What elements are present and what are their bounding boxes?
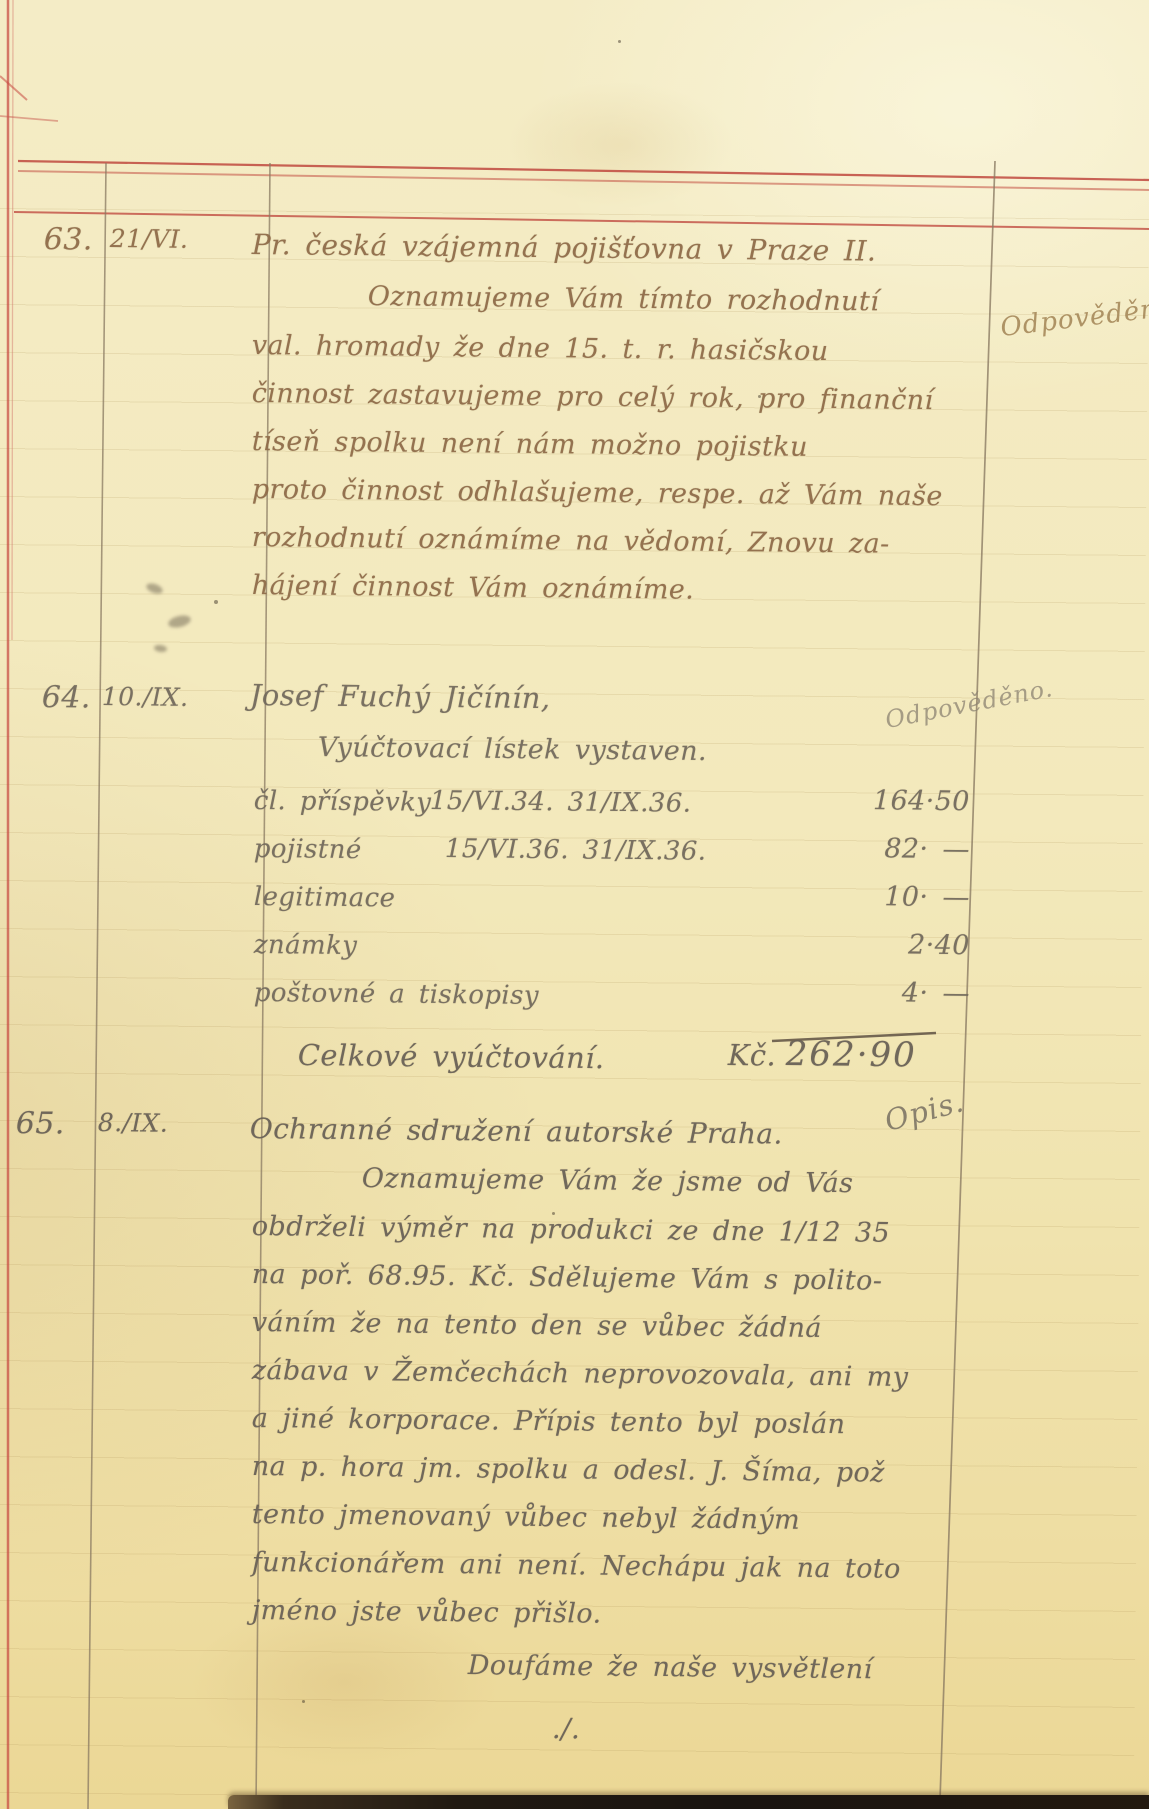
item-label: známky: [254, 930, 358, 961]
entry-date: 8./IX.: [98, 1108, 169, 1138]
item-label: legitimace: [254, 882, 396, 913]
entry-63-line: Oznamujeme Vám tímto rozhodnutí: [368, 281, 880, 317]
entry-63-line: val. hromady že dne 15. t. r. hasičskou: [252, 330, 829, 367]
entry-63-line: tíseň spolku není nám možno pojistku: [252, 426, 808, 463]
total-label: Celkové vyúčtování.: [298, 1038, 605, 1075]
item-dates: 15/VI.36. 31/IX.36.: [445, 834, 707, 867]
ledger-page-scan: 63. 21/VI. Pr. česká vzájemná pojišťovna…: [0, 0, 1149, 1809]
entry-64-addressee: Josef Fuchý Jičínín,: [250, 678, 551, 715]
entry-65-line: tento jmenovaný vůbec nebyl žádným: [252, 1499, 801, 1536]
entry-65-line: Oznamujeme Vám že jsme od Vás: [362, 1163, 854, 1199]
entry-number: 64.: [42, 680, 91, 716]
item-amount: 4· —: [760, 976, 970, 1009]
paper-speck: [618, 40, 621, 43]
entry-65-line: váním že na tento den se vůbec žádná: [252, 1307, 822, 1344]
item-amount: 164·50: [760, 784, 970, 817]
entry-63-heading: Pr. česká vzájemná pojišťovna v Praze II…: [252, 228, 877, 268]
entry-number: 65.: [16, 1106, 65, 1142]
item-label: čl. příspěvky: [254, 786, 432, 818]
item-amount: 10· —: [760, 880, 970, 913]
entry-65-line: jméno jste vůbec přišlo.: [252, 1595, 602, 1630]
item-dates: 15/VI.34. 31/IX.36.: [430, 786, 692, 819]
item-label: poštovné a tiskopisy: [254, 978, 539, 1011]
entry-number: 63.: [44, 222, 93, 258]
entry-65-line: na poř. 68.95. Kč. Sdělujeme Vám s polit…: [252, 1259, 883, 1297]
entry-65-line: Doufáme že naše vysvětlení: [468, 1650, 873, 1685]
item-amount: 82· —: [760, 832, 970, 865]
red-header-rule-2: [18, 171, 1149, 190]
total-amount: 262·90: [786, 1034, 917, 1075]
entry-date: 21/VI.: [110, 224, 189, 254]
total-currency: Kč.: [728, 1038, 777, 1073]
red-margin-line-2: [12, 0, 13, 640]
rule-lines-layer: [0, 0, 1149, 1809]
item-label: pojistné: [254, 834, 362, 865]
entry-65-heading: Ochranné sdružení autorské Praha.: [250, 1112, 783, 1151]
entry-64-subheading: Vyúčtovací lístek vystaven.: [318, 732, 707, 767]
paper-speck: [302, 1700, 305, 1703]
entry-63-line: hájení činnost Vám oznámíme.: [252, 570, 695, 606]
entry-65-line: a jiné korporace. Přípis tento byl poslá…: [252, 1403, 846, 1440]
paper-speck: [214, 600, 218, 604]
item-amount: 2·40: [760, 928, 970, 961]
entry-date: 10./IX.: [102, 682, 189, 712]
entry-65-line: na p. hora jm. spolku a odesl. J. Šíma, …: [252, 1451, 885, 1489]
scan-edge-shadow: [228, 1795, 1149, 1809]
column-line-number: [88, 163, 106, 1809]
red-header-rule-1: [18, 161, 1149, 180]
continuation-mark: ./.: [552, 1712, 581, 1745]
